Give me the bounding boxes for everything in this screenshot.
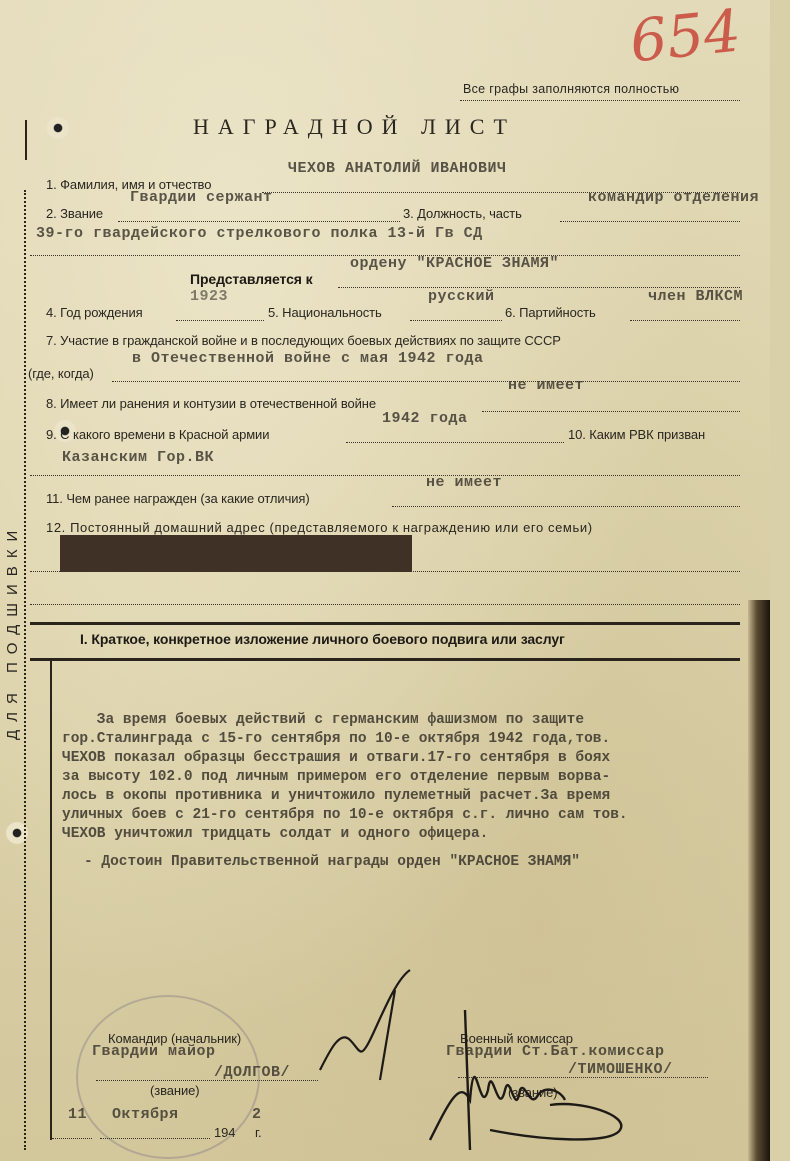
section-rule-top	[30, 622, 740, 625]
nomination-label: Представляется к	[190, 271, 313, 287]
citation-line: гор.Сталинграда с 15-го сентября по 10-е…	[62, 730, 610, 749]
citation-line: уличных боев с 21-го сентября по 10-е ок…	[62, 806, 628, 825]
field-draft-office-label: 10. Каким РВК призван	[568, 427, 705, 442]
citation-line: за высоту 102.0 под личным примером его …	[62, 768, 610, 787]
field-party-line	[630, 320, 740, 321]
field-previous-awards-label: 11. Чем ранее награжден (за какие отличи…	[46, 491, 310, 506]
margin-line	[25, 120, 27, 160]
citation-line: ЧЕХОВ показал образцы бесстрашия и отваг…	[62, 749, 610, 768]
field-participation-value: в Отечественной войне с мая 1942 года	[132, 350, 484, 367]
field-position-value: командир отделения	[588, 189, 759, 206]
commander-rank: Гвардии майор	[92, 1043, 216, 1060]
field-address-line	[30, 604, 740, 605]
binding-margin-label: ДЛЯ ПОДШИВКИ	[4, 523, 21, 740]
commander-line	[96, 1080, 318, 1081]
field-previous-awards-value: не имеет	[426, 474, 502, 491]
field-draft-office-value: Казанским Гор.ВК	[62, 449, 214, 466]
field-nationality-line	[410, 320, 502, 321]
date-month-line	[100, 1138, 210, 1139]
field-party-value: член ВЛКСМ	[648, 288, 743, 305]
field-unit-value: 39-го гвардейского стрелкового полка 13-…	[36, 225, 483, 242]
section-rule-bottom	[30, 658, 740, 661]
field-position-label: 3. Должность, часть	[403, 206, 522, 221]
document-title: НАГРАДНОЙ ЛИСТ	[193, 114, 516, 140]
field-wounds-value: не имеет	[508, 377, 584, 394]
citation-line: За время боевых действий с германским фа…	[62, 711, 584, 730]
binding-dotted-line	[24, 190, 26, 1150]
section-heading: I. Краткое, конкретное изложение личного…	[80, 631, 565, 647]
punch-hole-icon	[47, 117, 69, 139]
field-birth-year-line	[176, 320, 264, 321]
field-nationality-value: русский	[428, 288, 495, 305]
field-participation-label: 7. Участие в гражданской войне и в после…	[46, 333, 561, 348]
award-sheet-page: 654 Все графы заполняются полностью НАГР…	[0, 0, 770, 1161]
address-redaction	[60, 535, 412, 572]
date-year-prefix: 194	[214, 1125, 235, 1140]
date-year-suffix: 2	[252, 1106, 262, 1123]
field-army-since-value: 1942 года	[382, 410, 468, 427]
header-note-underline	[460, 100, 740, 101]
handwritten-page-number: 654	[627, 0, 744, 76]
field-army-since-label: 9. С какого времени в Красной армии	[46, 427, 269, 442]
field-birth-year-label: 4. Год рождения	[46, 305, 143, 320]
citation-conclusion: - Достоин Правительственной награды орде…	[84, 853, 580, 872]
commander-caption: (звание)	[150, 1083, 199, 1098]
field-draft-office-line	[30, 475, 740, 476]
citation-line: лось в окопы противника и уничтожило пул…	[62, 787, 610, 806]
margin-line	[50, 660, 52, 1140]
field-full-name-value: ЧЕХОВ АНАТОЛИЙ ИВАНОВИЧ	[288, 160, 507, 177]
date-day-line	[52, 1138, 92, 1139]
nomination-value: ордену "КРАСНОЕ ЗНАМЯ"	[350, 255, 559, 272]
date-month: Октября	[112, 1106, 179, 1123]
field-party-label: 6. Партийность	[505, 305, 596, 320]
field-birth-year-value: 1923	[190, 288, 228, 305]
commissar-signature-icon	[420, 980, 640, 1160]
field-rank-value: Гвардии сержант	[130, 189, 273, 206]
commander-name: /ДОЛГОВ/	[214, 1064, 290, 1081]
field-address-line	[30, 571, 740, 572]
field-position-line	[560, 221, 740, 222]
field-nationality-label: 5. Национальность	[268, 305, 382, 320]
field-wounds-line	[482, 411, 740, 412]
date-day: 11	[68, 1106, 87, 1123]
field-rank-label: 2. Звание	[46, 206, 103, 221]
field-wounds-label: 8. Имеет ли ранения и контузии в отечест…	[46, 396, 376, 411]
commander-signature-icon	[300, 960, 430, 1090]
field-participation-sublabel: (где, когда)	[28, 366, 94, 381]
field-previous-awards-line	[392, 506, 740, 507]
citation-line: ЧЕХОВ уничтожил тридцать солдат и одного…	[62, 825, 488, 844]
field-army-since-line	[346, 442, 564, 443]
date-year-unit: г.	[255, 1125, 262, 1140]
field-address-label: 12. Постоянный домашний адрес (представл…	[46, 520, 593, 535]
field-rank-line	[118, 221, 400, 222]
header-note: Все графы заполняются полностью	[463, 82, 679, 96]
field-participation-line	[112, 381, 740, 382]
page-edge-shadow	[748, 600, 770, 1161]
